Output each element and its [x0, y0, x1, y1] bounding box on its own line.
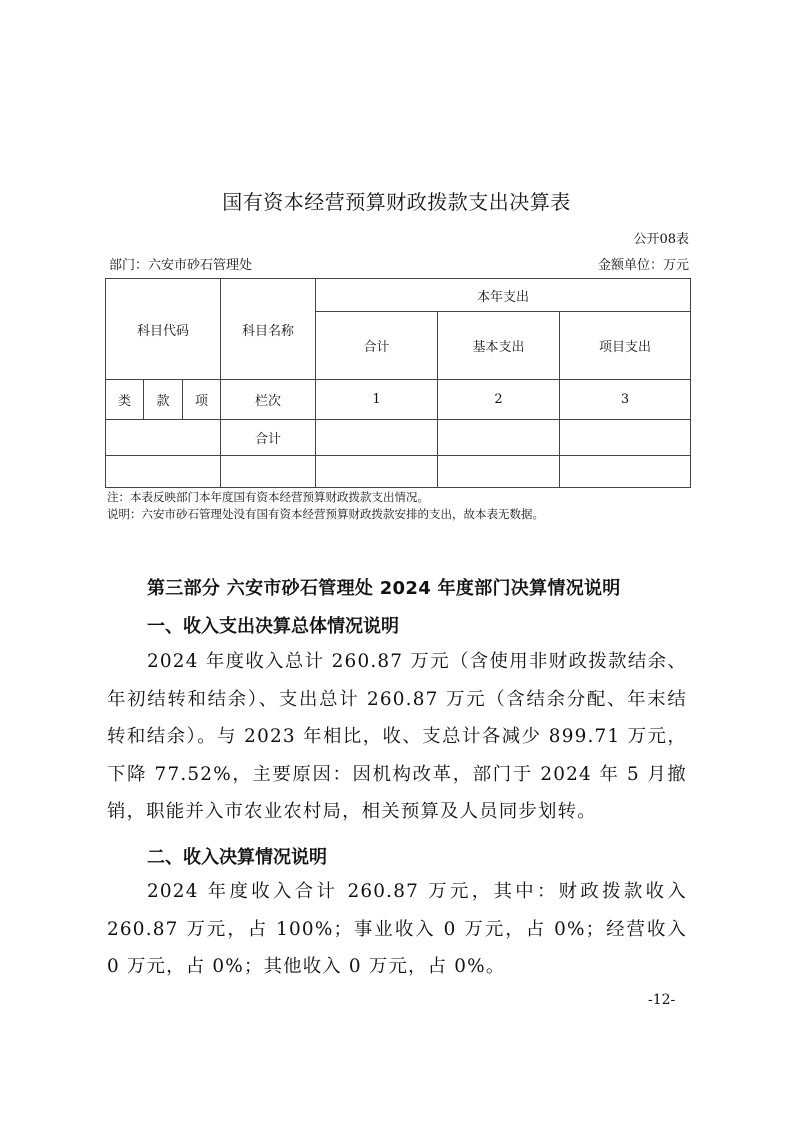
- column-index-label: 栏次: [221, 380, 316, 420]
- row-code: [106, 420, 221, 456]
- row-name: 合计: [221, 420, 316, 456]
- section-2-heading: 二、收入决算情况说明: [147, 843, 327, 869]
- column-index: 2: [438, 380, 560, 420]
- code-part-section: 款: [144, 380, 183, 420]
- section-1-body: 2024 年度收入总计 260.87 万元（含使用非财政拨款结余、年初结转和结余…: [107, 643, 687, 831]
- row-value: [316, 456, 438, 488]
- section-2-body: 2024 年度收入合计 260.87 万元，其中：财政拨款收入 260.87 万…: [107, 873, 687, 986]
- unit-label: 金额单位：万元: [598, 254, 689, 273]
- table-row: 合计: [106, 420, 691, 456]
- table-note: 注：本表反映部门本年度国有资本经营预算财政拨款支出情况。: [107, 489, 429, 505]
- code-part-class: 类: [106, 380, 144, 420]
- table-title: 国有资本经营预算财政拨款支出决算表: [0, 186, 793, 215]
- row-value: [438, 420, 560, 456]
- header-total: 合计: [316, 312, 438, 380]
- page-number: -12-: [648, 992, 675, 1008]
- code-part-item: 项: [183, 380, 221, 420]
- header-project: 项目支出: [560, 312, 691, 380]
- section-1-heading: 一、收入支出决算总体情况说明: [147, 612, 399, 638]
- table-row: [106, 456, 691, 488]
- row-value: [316, 420, 438, 456]
- header-basic: 基本支出: [438, 312, 560, 380]
- row-code: [106, 456, 221, 488]
- column-index: 1: [316, 380, 438, 420]
- department-label: 部门：六安市砂石管理处: [109, 254, 252, 273]
- table-explanation: 说明：六安市砂石管理处没有国有资本经营预算财政拨款安排的支出，故本表无数据。: [107, 506, 544, 522]
- form-number: 公开08表: [633, 228, 689, 247]
- column-index: 3: [560, 380, 691, 420]
- row-value: [438, 456, 560, 488]
- row-value: [560, 456, 691, 488]
- expenditure-table: 科目代码 科目名称 本年支出 合计 基本支出 项目支出 类 款 项 栏次 1 2…: [105, 278, 691, 488]
- row-value: [560, 420, 691, 456]
- header-group: 本年支出: [316, 279, 691, 312]
- header-name: 科目名称: [221, 279, 316, 380]
- header-code: 科目代码: [106, 279, 221, 380]
- row-name: [221, 456, 316, 488]
- part-heading: 第三部分 六安市砂石管理处 2024 年度部门决算情况说明: [147, 574, 621, 600]
